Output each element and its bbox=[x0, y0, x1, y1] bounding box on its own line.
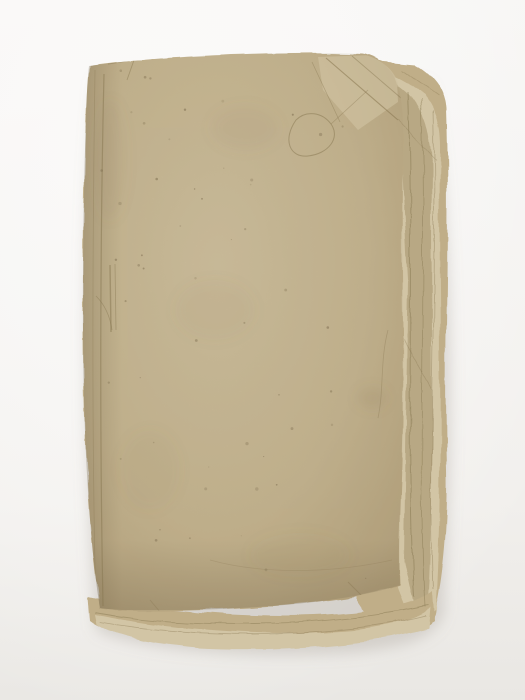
foxing-spot bbox=[319, 133, 322, 136]
foxing-spot bbox=[155, 539, 158, 542]
foxing-spot bbox=[292, 114, 294, 116]
foxing-spot bbox=[331, 424, 333, 426]
foxing-spot bbox=[221, 100, 224, 103]
foxing-spot bbox=[223, 168, 224, 169]
foxing-spot bbox=[159, 529, 160, 530]
foxing-spot bbox=[179, 225, 181, 227]
foxing-spot bbox=[330, 390, 332, 392]
foxing-spot bbox=[144, 76, 147, 79]
foxing-spot bbox=[231, 239, 232, 240]
foxing-spot bbox=[120, 458, 122, 460]
foxing-spot bbox=[365, 578, 366, 579]
foxing-spot bbox=[140, 377, 141, 378]
foxing-spot bbox=[120, 69, 123, 72]
foxing-spot bbox=[118, 202, 121, 205]
foxing-spot bbox=[250, 178, 253, 181]
foxing-spot bbox=[143, 268, 145, 270]
foxing-spot bbox=[195, 339, 198, 342]
foxing-spot bbox=[208, 466, 209, 467]
foxing-spot bbox=[125, 300, 127, 302]
foxing-spot bbox=[168, 138, 170, 140]
cover-sheet bbox=[80, 48, 412, 638]
foxing-spot bbox=[194, 188, 195, 189]
manuscript-illustration bbox=[0, 0, 525, 700]
foxing-spot bbox=[241, 535, 242, 536]
paper-stack bbox=[80, 48, 447, 649]
foxing-spot bbox=[100, 169, 103, 172]
foxing-spot bbox=[149, 77, 151, 79]
foxing-spot bbox=[265, 568, 268, 571]
foxing-spot bbox=[250, 184, 252, 186]
foxing-spot bbox=[194, 277, 196, 279]
foxing-spot bbox=[263, 456, 264, 457]
foxing-spot bbox=[108, 381, 110, 383]
foxing-spot bbox=[326, 326, 329, 329]
foxing-spot bbox=[141, 254, 143, 256]
foxing-spot bbox=[201, 198, 203, 200]
foxing-spot bbox=[255, 487, 258, 490]
foxing-spot bbox=[143, 122, 146, 125]
foxing-spot bbox=[342, 125, 344, 127]
foxing-spot bbox=[115, 259, 117, 261]
foxing-spot bbox=[184, 109, 186, 111]
foxing-spot bbox=[243, 322, 245, 324]
foxing-spot bbox=[137, 264, 140, 267]
foxing-spot bbox=[204, 487, 207, 490]
foxing-spot bbox=[245, 442, 248, 445]
foxing-spot bbox=[291, 427, 294, 430]
foxing-spot bbox=[244, 228, 246, 230]
foxing-spot bbox=[276, 484, 278, 486]
foxing-spot bbox=[189, 537, 191, 539]
foxing-spot bbox=[155, 178, 158, 181]
manuscript-photo bbox=[0, 0, 525, 700]
foxing-spot bbox=[284, 289, 287, 292]
foxing-spot bbox=[278, 394, 280, 396]
foxing-spot bbox=[130, 111, 132, 113]
foxing-spot bbox=[153, 442, 155, 444]
